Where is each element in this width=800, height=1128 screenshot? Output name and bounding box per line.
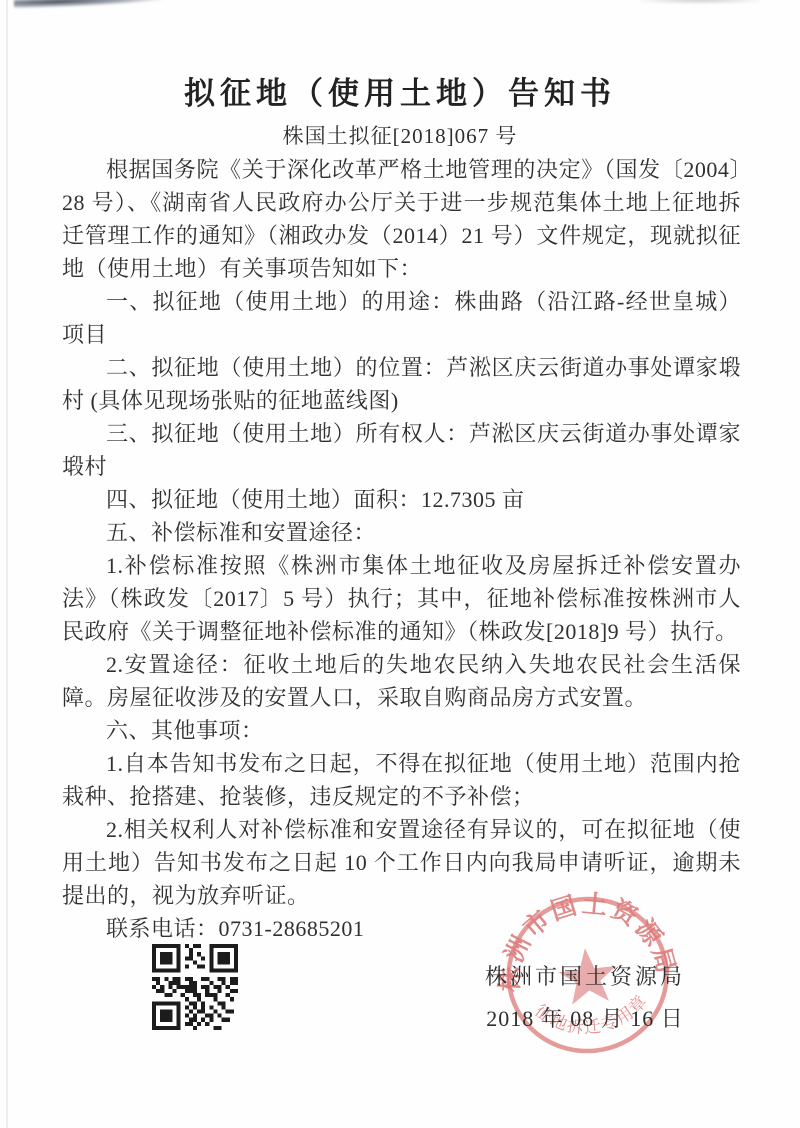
qr-code-icon: [152, 944, 238, 1030]
document-number: 株国土拟征[2018]067 号: [0, 120, 800, 150]
scan-edge-artifact: [6, 0, 8, 1128]
signature-block: 株洲市国土资源局 2018 年 08 月 16 日: [470, 960, 700, 1033]
document-body: 根据国务院《关于深化改革严格土地管理的决定》（国发〔2004〕28 号）、《湖南…: [62, 153, 741, 945]
paragraph: 二、拟征地（使用土地）的位置：芦淞区庆云街道办事处谭家塅村 (具体见现场张贴的征…: [62, 351, 741, 417]
paragraph: 1.自本告知书发布之日起，不得在拟征地（使用土地）范围内抢栽种、抢搭建、抢装修，…: [62, 747, 741, 813]
paragraph: 1.补偿标准按照《株洲市集体土地征收及房屋拆迁补偿安置办法》（株政发〔2017〕…: [62, 549, 741, 648]
paragraph: 六、其他事项：: [62, 714, 741, 747]
issuing-authority: 株洲市国土资源局: [470, 960, 700, 991]
paragraph: 三、拟征地（使用土地）所有权人：芦淞区庆云街道办事处谭家塅村: [62, 417, 741, 483]
issue-date: 2018 年 08 月 16 日: [470, 1002, 700, 1033]
scanned-document-page: 拟征地（使用土地）告知书 株国土拟征[2018]067 号 根据国务院《关于深化…: [0, 0, 800, 1128]
paragraph: 一、拟征地（使用土地）的用途：株曲路（沿江路-经世皇城）项目: [62, 285, 741, 351]
paragraph: 五、补偿标准和安置途径：: [62, 516, 741, 549]
paragraph: 2.安置途径：征收土地后的失地农民纳入失地农民社会生活保障。房屋征收涉及的安置人…: [62, 648, 741, 714]
scan-smudge-artifact: [14, 0, 164, 9]
scan-smudge-artifact: [640, 0, 760, 4]
document-title: 拟征地（使用土地）告知书: [0, 68, 800, 113]
paragraph: 四、拟征地（使用土地）面积：12.7305 亩: [62, 483, 741, 516]
paragraph: 根据国务院《关于深化改革严格土地管理的决定》（国发〔2004〕28 号）、《湖南…: [62, 153, 741, 285]
